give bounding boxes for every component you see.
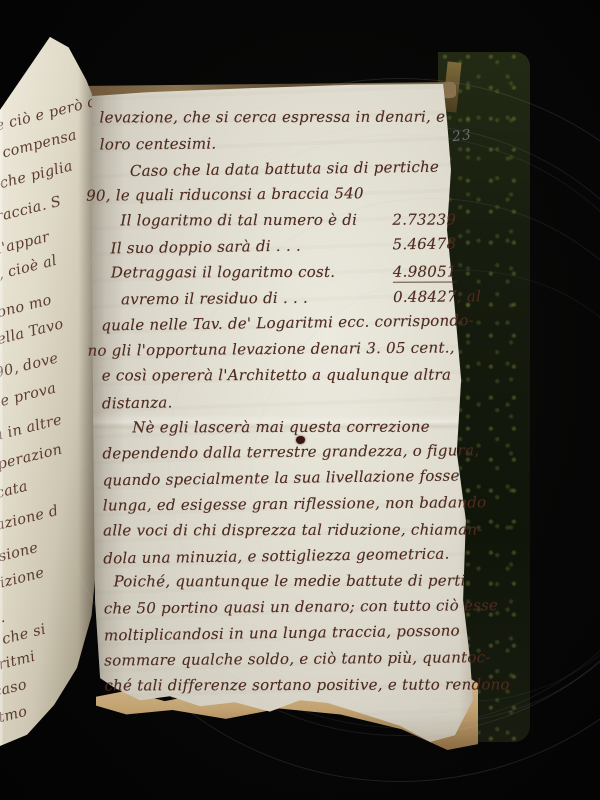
manuscript-fragment: er n'che si: [0, 600, 104, 657]
manuscript-line: Nè egli lascerà mai questa correzione: [102, 417, 454, 444]
manuscript-line: levazione, che si cerca espressa in dena…: [99, 108, 451, 135]
manuscript-line: e così opererà l'Architetto a qualunque …: [102, 366, 454, 393]
manuscript-fragment: e sono mo: [0, 270, 104, 327]
manuscript-line: quando specialmente la sua livellazione …: [103, 467, 455, 498]
manuscript-fragment: li fa in altre: [0, 393, 104, 450]
manuscript-fragment: orse ciò e però d: [0, 84, 104, 141]
logarithm-value-underlined: 4.98051: [393, 262, 457, 282]
manuscript-line: Caso che la data battuta sia di pertiche: [100, 157, 452, 188]
logarithm-value: 0.48427, al: [393, 287, 481, 306]
manuscript-line: dola una minuzia, e sottigliezza geometr…: [103, 544, 455, 575]
manuscript-fragment: rare compensa: [0, 114, 104, 171]
manuscript-line: lunga, ed esigesse gran riflessione, non…: [103, 493, 455, 522]
manuscript-line: Poiché, quantunque le medie battute di p…: [104, 572, 456, 599]
manuscript-line: sommare qualche soldo, e ciò tanto più, …: [104, 648, 456, 677]
folio-number: 23: [451, 127, 473, 146]
logarithm-value: 5.46478: [392, 234, 456, 253]
manuscript-fragment: esene prova: [0, 362, 104, 419]
manuscript-fragment: ré.: [0, 574, 104, 631]
manuscript-line: quale nelle Tav. de' Logaritmi ecc. corr…: [101, 312, 453, 343]
manuscript-fragment: lucro, cioè al: [0, 236, 104, 293]
manuscript-line: Il suo doppio sarà di . . .5.46478: [100, 235, 452, 266]
manuscript-fragment: ro operazion: [0, 424, 104, 481]
manuscript-line: no gli l'opportuna levazione denari 3. 0…: [87, 339, 453, 368]
left-page: orse ciò e però d rare compensa arsi, ch…: [0, 28, 104, 772]
manuscript-line: Detraggasi il logaritmo cost.4.98051: [101, 262, 453, 289]
logarithm-value: 2.73239: [392, 211, 456, 229]
manuscript-line: distanza.: [102, 389, 454, 420]
manuscript-line: ché tali differenze sortano positive, e …: [104, 675, 456, 702]
manuscript-fragment: opposizione: [0, 546, 104, 603]
manuscript-fragment: duplicata: [0, 455, 104, 512]
manuscript-fragment: gressione: [0, 517, 104, 574]
manuscript-line: che 50 portino quasi un denaro; con tutt…: [104, 597, 456, 626]
manuscript-photo: orse ciò e però d rare compensa arsi, ch…: [0, 0, 600, 800]
manuscript-fragment: Logaritmo: [0, 682, 104, 739]
manuscript-line: loro centesimi.: [100, 132, 452, 161]
manuscript-line: moltiplicandosi in una lunga traccia, po…: [104, 621, 456, 652]
manuscript-line: alle voci di chi disprezza tal riduzione…: [103, 520, 455, 547]
manuscript-fragment: Logaritmi: [0, 626, 104, 683]
manuscript-text: levazione, che si cerca espressa in dena…: [99, 106, 456, 702]
manuscript-fragment: dall'appar: [0, 207, 104, 264]
manuscript-line: Il logaritmo di tal numero è di2.73239: [100, 211, 452, 238]
manuscript-line: 90, le quali riduconsi a braccia 540: [86, 184, 452, 213]
manuscript-fragment: operazione d: [0, 486, 104, 543]
manuscript-fragment: rimo caso: [0, 654, 104, 711]
